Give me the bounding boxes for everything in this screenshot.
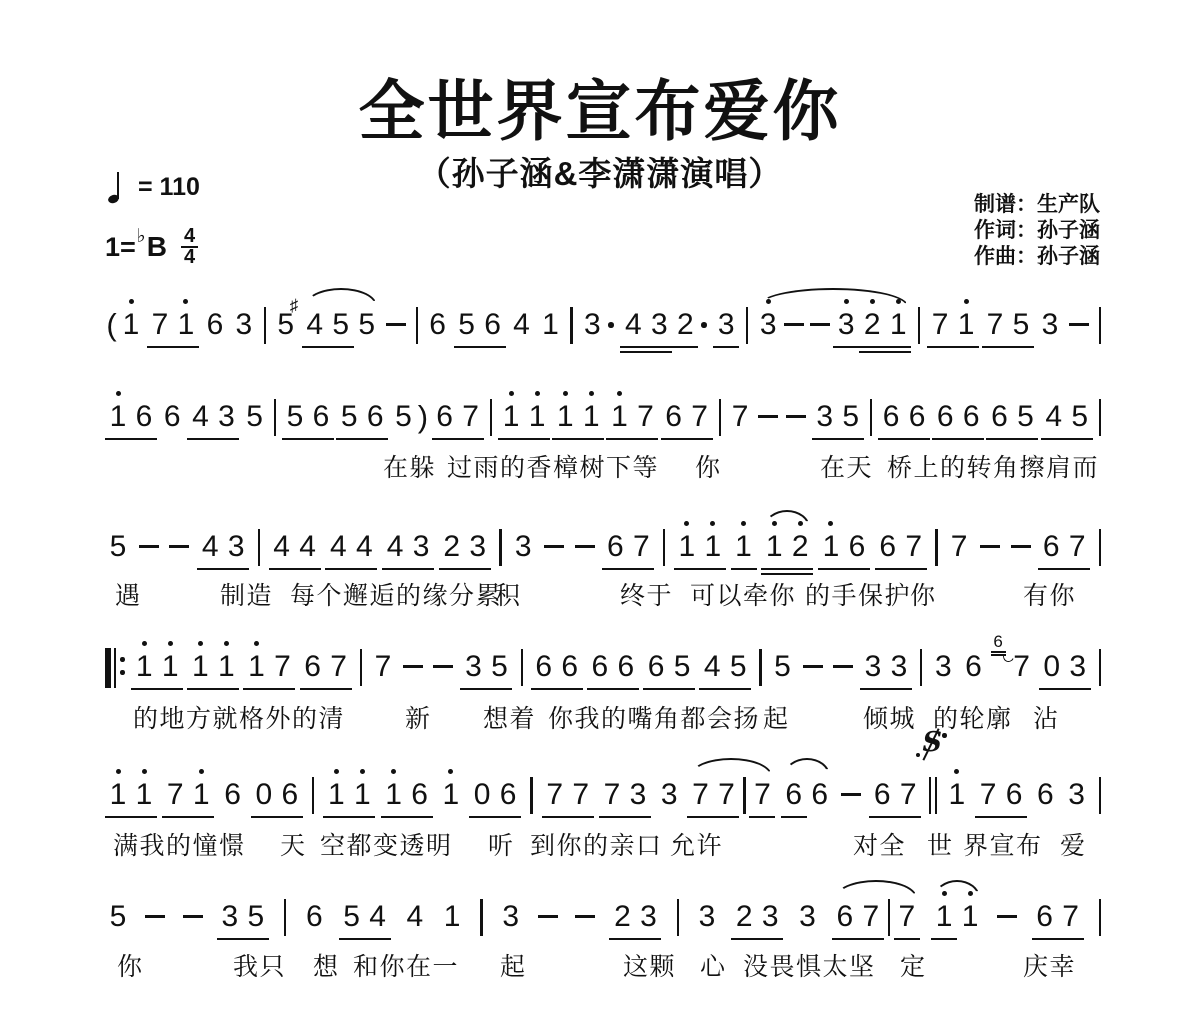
beam-group: 76 — [975, 776, 1027, 814]
note: 1 — [731, 528, 757, 566]
beam-group: 73 — [599, 776, 651, 814]
note: 5 — [454, 306, 480, 344]
note: 5 — [669, 648, 695, 686]
note: 6 — [557, 648, 583, 686]
barline — [1098, 648, 1102, 686]
time-signature: 4 4 — [181, 228, 198, 266]
barline — [919, 648, 923, 686]
note: 4 — [620, 306, 646, 344]
barline — [311, 776, 315, 814]
beam-group — [830, 648, 856, 686]
note: 0 — [251, 776, 277, 814]
beam-group: 17 — [243, 648, 295, 686]
note: 1 — [761, 528, 787, 566]
note: 6 — [495, 776, 521, 814]
note: 1 — [818, 528, 844, 566]
beam-group: 67 — [661, 398, 713, 436]
note: 1 — [498, 398, 524, 436]
barline — [934, 528, 938, 566]
lyric-phrase: 制造 — [220, 576, 273, 612]
note: 1 — [157, 648, 183, 686]
lyric-phrase: 这颗 — [623, 947, 676, 983]
note: 1 — [439, 898, 465, 936]
beam-group: 5 — [242, 398, 268, 436]
lyric-phrase: 爱 — [1060, 826, 1087, 862]
note: 1 — [173, 306, 199, 344]
note: 1 — [118, 306, 144, 344]
beam-group — [1095, 306, 1105, 344]
beam-group: 6 — [425, 306, 451, 344]
note: 5 — [339, 898, 365, 936]
notation-row: 5356544132332336771167 — [105, 898, 1105, 938]
key-tonic: B — [147, 231, 167, 263]
note: 3 — [1064, 776, 1090, 814]
dash-note — [430, 648, 456, 686]
note: 7 — [269, 648, 295, 686]
lyric-phrase: 允许 — [670, 826, 723, 862]
note: 6 — [202, 306, 228, 344]
note: 6 — [1001, 776, 1027, 814]
music-line-4: 1111176773566666545533366703的地方就格外的清新想着你… — [105, 648, 1105, 688]
note: 3 — [635, 898, 661, 936]
note: 5 — [725, 648, 751, 686]
note: 6 — [613, 648, 639, 686]
note: 5 — [486, 648, 512, 686]
note: 7 — [975, 776, 1001, 814]
beam-group: 3 — [713, 306, 739, 344]
beam-group — [783, 398, 809, 436]
barline — [718, 398, 722, 436]
note: 6 — [869, 776, 895, 814]
lyric-phrase: 对全 — [853, 826, 906, 862]
barline — [869, 398, 873, 436]
beam-group: 11 — [187, 648, 239, 686]
beam-group: 1 — [438, 776, 464, 814]
beam-group: 23 — [731, 898, 783, 936]
note: 1 — [243, 648, 269, 686]
beam-group: 6 — [1032, 776, 1058, 814]
lyric-phrase: 庆幸 — [1023, 947, 1076, 983]
beam-group — [412, 306, 422, 344]
note: 4 — [365, 898, 391, 936]
beam-group — [572, 528, 598, 566]
beam-group: 3 — [694, 898, 720, 936]
beam-group: 5 — [770, 648, 796, 686]
barline — [489, 398, 493, 436]
beam-group: 6 — [301, 898, 327, 936]
beam-group — [800, 648, 826, 686]
notation-row: 54344444323367111121667767 — [105, 528, 1105, 568]
lyric-phrase: 过雨的香樟树下等 — [447, 448, 659, 484]
note: 6 — [159, 398, 185, 436]
lyric-phrase: 世 — [927, 826, 954, 862]
note: 1 — [606, 398, 632, 436]
beam-group: 66 — [587, 648, 639, 686]
beam-group — [526, 776, 536, 814]
beam-group: 1 — [439, 898, 465, 936]
note: 6 — [958, 398, 984, 436]
note: 1 — [944, 776, 970, 814]
beam-group: 3 — [231, 306, 257, 344]
music-line-3: 54344444323367111121667767遇制造每个邂逅的缘分累积终于… — [105, 528, 1105, 568]
note: 7 — [895, 776, 921, 814]
note: 2 — [731, 898, 757, 936]
lyric-phrase: 的手保护 — [805, 576, 911, 612]
lyric-phrase: 听 — [488, 826, 515, 862]
barline — [742, 776, 746, 814]
barline — [676, 898, 680, 936]
note: 5 — [770, 648, 796, 686]
note: 7 — [568, 776, 594, 814]
beam-group — [541, 528, 567, 566]
beam-group: 11 — [323, 776, 375, 814]
note: 7 — [147, 306, 173, 344]
note: 2 — [859, 306, 885, 344]
note: 1 — [578, 398, 604, 436]
beam-group: 67 — [869, 776, 921, 814]
beam-group: 67 — [602, 528, 654, 566]
dash-note — [142, 898, 168, 936]
beam-group: S — [927, 776, 939, 814]
note: 6 — [1038, 528, 1064, 566]
parenthesis: ( — [105, 306, 118, 344]
lyric-phrase: 想 — [313, 947, 340, 983]
note: 1 — [105, 776, 131, 814]
notation-row: 16643556565)671111176773566666545 — [105, 398, 1105, 438]
beam-group: 56 — [454, 306, 506, 344]
parenthesis: ) — [416, 398, 429, 436]
note: 6 — [960, 648, 986, 686]
beam-group — [572, 898, 598, 936]
beam-group: 6 — [159, 398, 185, 436]
note: 2 — [439, 528, 465, 566]
note: 6 — [1032, 898, 1058, 936]
beam-group — [1095, 648, 1105, 686]
note: 6 — [844, 528, 870, 566]
note: 3 — [833, 306, 859, 344]
note: 5 — [1012, 398, 1038, 436]
beam-group: 67 — [991, 648, 1035, 686]
dash-note — [1008, 528, 1034, 566]
credit-composer: 作曲： 孙子涵 — [974, 244, 1100, 270]
beam-group: 45 — [699, 648, 751, 686]
beam-group: 44 — [269, 528, 321, 566]
barline — [1098, 776, 1102, 814]
note: 7 — [628, 528, 654, 566]
note: 3 — [408, 528, 434, 566]
note: 3 — [755, 306, 781, 344]
lyric-phrase: 积 — [495, 576, 522, 612]
beam-group: 71 — [162, 776, 214, 814]
note: 6 — [932, 398, 958, 436]
note: 6 — [220, 776, 246, 814]
note: 3 — [757, 898, 783, 936]
note: 5 — [336, 398, 362, 436]
note: 6 — [300, 648, 326, 686]
beam-group: 56 — [282, 398, 334, 436]
barline — [520, 648, 524, 686]
note: 6 — [661, 398, 687, 436]
note: 6 — [807, 776, 833, 814]
note: 3 — [579, 306, 605, 344]
slur-group: 11 — [931, 898, 983, 936]
notation-row: 11716061116106777337776667S17663 — [105, 776, 1105, 816]
beam-group — [486, 398, 496, 436]
note: 2 — [609, 898, 635, 936]
beam-group: 3 — [498, 898, 524, 936]
augmentation-dot — [698, 306, 710, 344]
note: 6 — [407, 776, 433, 814]
lyric-phrase: 每个邂逅的缘分累 — [290, 576, 502, 612]
note: 1 — [885, 306, 911, 344]
beam-group — [166, 528, 192, 566]
note: 6 — [832, 898, 858, 936]
note: 5 — [838, 398, 864, 436]
note: 5 — [354, 306, 380, 344]
note: 7 — [982, 306, 1008, 344]
beam-group: 3 — [1037, 306, 1063, 344]
beam-group — [1095, 898, 1105, 936]
lyric-phrase: 想着 — [483, 699, 536, 735]
beam-group: 3 — [930, 648, 956, 686]
note: 1 — [537, 306, 563, 344]
lyrics-row: 的地方就格外的清新想着你我的嘴角都会扬起倾城的轮廓沾 — [105, 699, 1115, 731]
barline — [1098, 306, 1102, 344]
beam-group: 45 — [1041, 398, 1093, 436]
note: 6 — [986, 398, 1012, 436]
lyric-phrase: 在天 — [820, 448, 873, 484]
beam-group: 4 — [508, 306, 534, 344]
note: 6 — [643, 648, 669, 686]
beam-group: 3 — [656, 776, 682, 814]
beam-group — [400, 648, 426, 686]
note: 7 — [713, 776, 739, 814]
lyric-phrase: 可以牵你 — [690, 576, 796, 612]
note: 7 — [946, 528, 972, 566]
beam-group — [977, 528, 1003, 566]
barline — [359, 648, 363, 686]
lyric-phrase: 定 — [900, 947, 927, 983]
beam-group — [994, 898, 1020, 936]
note: 1 — [105, 398, 131, 436]
beam-group — [383, 306, 409, 344]
note: 3 — [223, 528, 249, 566]
beam-group: 17 — [606, 398, 658, 436]
beam-group: 43 — [187, 398, 239, 436]
barline — [917, 306, 921, 344]
note: 1 — [552, 398, 578, 436]
beam-group: 16 — [818, 528, 870, 566]
beam-group — [755, 648, 765, 686]
beam-group: 6 — [960, 648, 986, 686]
key-signature: 1=♭B 4 4 — [105, 228, 198, 266]
note: 4 — [1041, 398, 1067, 436]
lyric-phrase: 界宣布 — [963, 826, 1043, 862]
note: 1 — [438, 776, 464, 814]
beam-group: 71 — [147, 306, 199, 344]
barline — [758, 648, 762, 686]
lyric-phrase: 和你在一 — [353, 947, 459, 983]
lyric-phrase: 的地方就格外的清 — [133, 699, 345, 735]
slur-group: 12 — [761, 528, 813, 566]
beam-group: 5 — [105, 528, 131, 566]
dash-note — [800, 648, 826, 686]
beam-group: 23 — [609, 898, 661, 936]
lyric-phrase: 我只 — [233, 947, 286, 983]
note: 3 — [625, 776, 651, 814]
note: 1 — [187, 648, 213, 686]
repeat-start-sign — [105, 648, 127, 686]
lyric-phrase: 没畏惧太坚 — [743, 947, 876, 983]
note: 2 — [787, 528, 813, 566]
note: 1 — [213, 648, 239, 686]
beam-group: 35 — [460, 648, 512, 686]
lyric-phrase: 遇 — [115, 576, 142, 612]
note: 1 — [700, 528, 726, 566]
meter-bottom: 4 — [184, 249, 195, 266]
note: 3 — [860, 648, 886, 686]
beam-group — [535, 898, 561, 936]
dash-note — [541, 528, 567, 566]
barline — [415, 306, 419, 344]
beam-group — [931, 528, 941, 566]
note: 3 — [217, 898, 243, 936]
lyrics-row: 你我只想和你在一起这颗心没畏惧太坚定庆幸 — [105, 947, 1115, 979]
note: 1 — [957, 898, 983, 936]
sheet-music-page: 全世界宣布爱你 （孙子涵&李潇潇演唱） = 110 1=♭B 4 4 制谱： 生… — [0, 0, 1200, 1018]
barline — [479, 898, 483, 936]
beam-group: 71 — [927, 306, 979, 344]
beam-group: 66 — [531, 648, 583, 686]
beam-group: 43 — [382, 528, 434, 566]
beam-group: 3 — [1064, 776, 1090, 814]
dash-note — [781, 306, 807, 344]
note: 6 — [480, 306, 506, 344]
note: 3 — [656, 776, 682, 814]
note: 3 — [713, 306, 739, 344]
dash-note — [783, 398, 809, 436]
beam-group: 1 — [731, 528, 757, 566]
credits-block: 制谱： 生产队 作词： 孙子涵 作曲： 孙子涵 — [974, 192, 1100, 270]
music-line-1: (1716354♯556564134323332171753 — [105, 306, 1105, 346]
note: 1 — [931, 898, 957, 936]
note: 7 — [326, 648, 352, 686]
note: 5 — [282, 398, 308, 436]
note: 3 — [694, 898, 720, 936]
note: 7 — [542, 776, 568, 814]
beam-group: 06 — [251, 776, 303, 814]
beam-group — [105, 648, 127, 686]
barline — [498, 528, 502, 566]
beam-group — [270, 398, 280, 436]
grace-note: 6 — [991, 633, 1006, 650]
lyric-phrase: 天 — [280, 826, 307, 862]
note: 7 — [1009, 648, 1035, 686]
note: 1 — [323, 776, 349, 814]
lyric-phrase: 起 — [763, 699, 790, 735]
dash-note — [755, 398, 781, 436]
note: 6 — [131, 398, 157, 436]
lyrics-row: 在躲过雨的香樟树下等你在天桥上的转角擦肩而 — [105, 448, 1115, 480]
beam-group — [1095, 776, 1105, 814]
lyrics-row: 满我的憧憬天空都变透明听到你的亲口允许对全世界宣布爱 — [105, 826, 1115, 858]
beam-group — [308, 776, 318, 814]
beam-group — [1095, 398, 1105, 436]
dash-note — [830, 648, 856, 686]
beam-group: 7 — [370, 648, 396, 686]
note: 1 — [381, 776, 407, 814]
beam-group: 23 — [439, 528, 491, 566]
note: 7 — [927, 306, 953, 344]
note: 6 — [875, 528, 901, 566]
note: 6 — [301, 898, 327, 936]
note: 6 — [602, 528, 628, 566]
note: 6 — [432, 398, 458, 436]
music-line-5: 11716061116106777337776667S17663满我的憧憬天空都… — [105, 776, 1105, 816]
note: 3 — [231, 306, 257, 344]
augmentation-dot — [605, 306, 617, 344]
note: 7 — [599, 776, 625, 814]
lyric-phrase: 新 — [405, 699, 432, 735]
slur-group: 3321 — [755, 306, 911, 344]
lyric-phrase: 你 — [910, 576, 937, 612]
note: 7 — [894, 898, 920, 936]
tempo-value: = 110 — [138, 173, 200, 202]
note: 1 — [131, 648, 157, 686]
lyric-phrase: 的轮廓 — [933, 699, 1013, 735]
note: 7 — [1064, 528, 1090, 566]
beam-group: 11 — [105, 776, 157, 814]
dash-note — [994, 898, 1020, 936]
beam-group: 44 — [325, 528, 377, 566]
dash-note — [572, 528, 598, 566]
beam-group — [476, 898, 486, 936]
note: 4 — [295, 528, 321, 566]
note: 6 — [904, 398, 930, 436]
dash-note — [180, 898, 206, 936]
note: 4 — [325, 528, 351, 566]
key-prefix: 1= — [105, 232, 136, 263]
barline — [273, 398, 277, 436]
note: 3 — [646, 306, 672, 344]
beam-group: 6 — [220, 776, 246, 814]
note: 5 — [242, 398, 268, 436]
note: 7 — [749, 776, 775, 814]
barline — [745, 306, 749, 344]
dash-note — [977, 528, 1003, 566]
beam-group — [136, 528, 162, 566]
beam-group — [1095, 528, 1105, 566]
beam-group: 54 — [339, 898, 391, 936]
lyric-phrase: 倾城 — [863, 699, 916, 735]
beam-group: 5) — [390, 398, 429, 436]
barline — [263, 306, 267, 344]
note: 3 — [1037, 306, 1063, 344]
note: 4 — [508, 306, 534, 344]
beam-group: 6 — [202, 306, 228, 344]
beam-group: 67 — [432, 398, 484, 436]
note: 1 — [349, 776, 375, 814]
beam-group: 1 — [944, 776, 970, 814]
beam-group: 5 — [105, 898, 131, 936]
barline — [887, 898, 891, 936]
beam-group: 3 — [579, 306, 617, 344]
notation-row: 1111176773566666545533366703 — [105, 648, 1105, 688]
beam-group — [866, 398, 876, 436]
beam-group: 67 — [1038, 528, 1090, 566]
segno-icon: S — [920, 726, 944, 764]
lyric-phrase: 有你 — [1023, 576, 1076, 612]
